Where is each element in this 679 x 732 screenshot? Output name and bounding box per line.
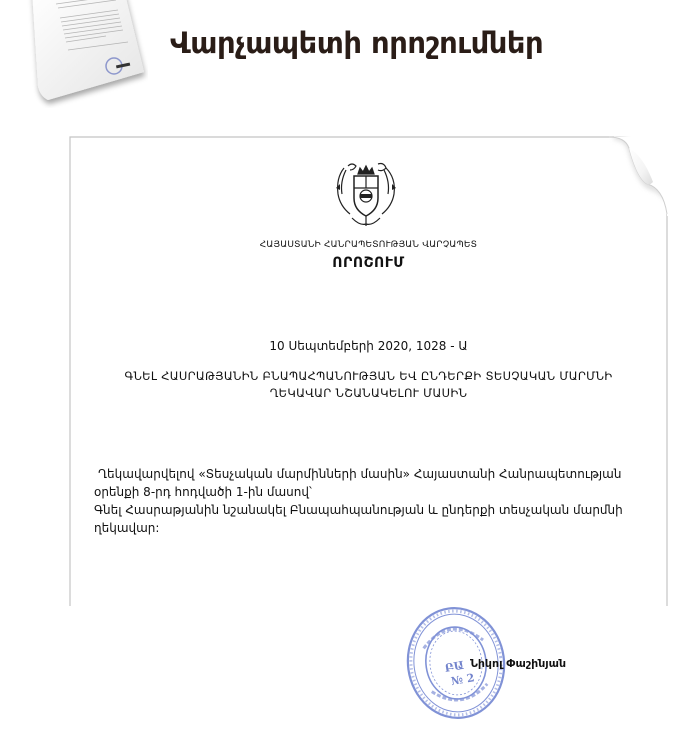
- body-paragraph-appointment: Գնել Հասրաթյանին նշանակել Բնապահպանությա…: [94, 501, 654, 537]
- page-title: Վարչապետի որոշումներ: [170, 26, 543, 60]
- decree-subject: ԳՆԵԼ ՀԱՍՐԱԹՅԱՆԻՆ ԲՆԱՊԱՀՊԱՆՈՒԹՅԱՆ ԵՎ ԸՆԴԵ…: [89, 368, 648, 402]
- subject-line-2: ՂԵԿԱՎԱՐ ՆՇԱՆԱԿԵԼՈՒ ՄԱՍԻՆ: [89, 385, 648, 402]
- body-paragraph-legal-basis: Ղեկավարվելով «Տեսչական մարմինների մասին»…: [94, 465, 654, 501]
- decree-body: Ղեկավարվելով «Տեսչական մարմինների մասին»…: [94, 465, 654, 537]
- issuer-name: ՀԱՅԱՍՏԱՆԻ ՀԱՆՐԱՊԵՏՈՒԹՅԱՆ ՎԱՐՉԱՊԵՏ: [69, 240, 668, 250]
- document-paper-icon: [26, 0, 148, 108]
- decree-date-number: 10 Սեպտեմբերի 2020, 1028 - Ա: [69, 339, 668, 353]
- svg-text:№ 2: № 2: [450, 671, 475, 688]
- subject-line-1: ԳՆԵԼ ՀԱՍՐԱԹՅԱՆԻՆ ԲՆԱՊԱՀՊԱՆՈՒԹՅԱՆ ԵՎ ԸՆԴԵ…: [89, 368, 648, 385]
- decree-document: ՀԱՅԱՍՏԱՆԻ ՀԱՆՐԱՊԵՏՈՒԹՅԱՆ ՎԱՐՉԱՊԵՏ ՈՐՈՇՈՒ…: [69, 136, 668, 606]
- signatory-name: Նիկոլ Փաշինյան: [470, 657, 566, 670]
- page-curl-decoration: [609, 136, 671, 216]
- document-type: ՈՐՈՇՈՒՄ: [69, 255, 668, 271]
- coat-of-arms-icon: [332, 160, 400, 228]
